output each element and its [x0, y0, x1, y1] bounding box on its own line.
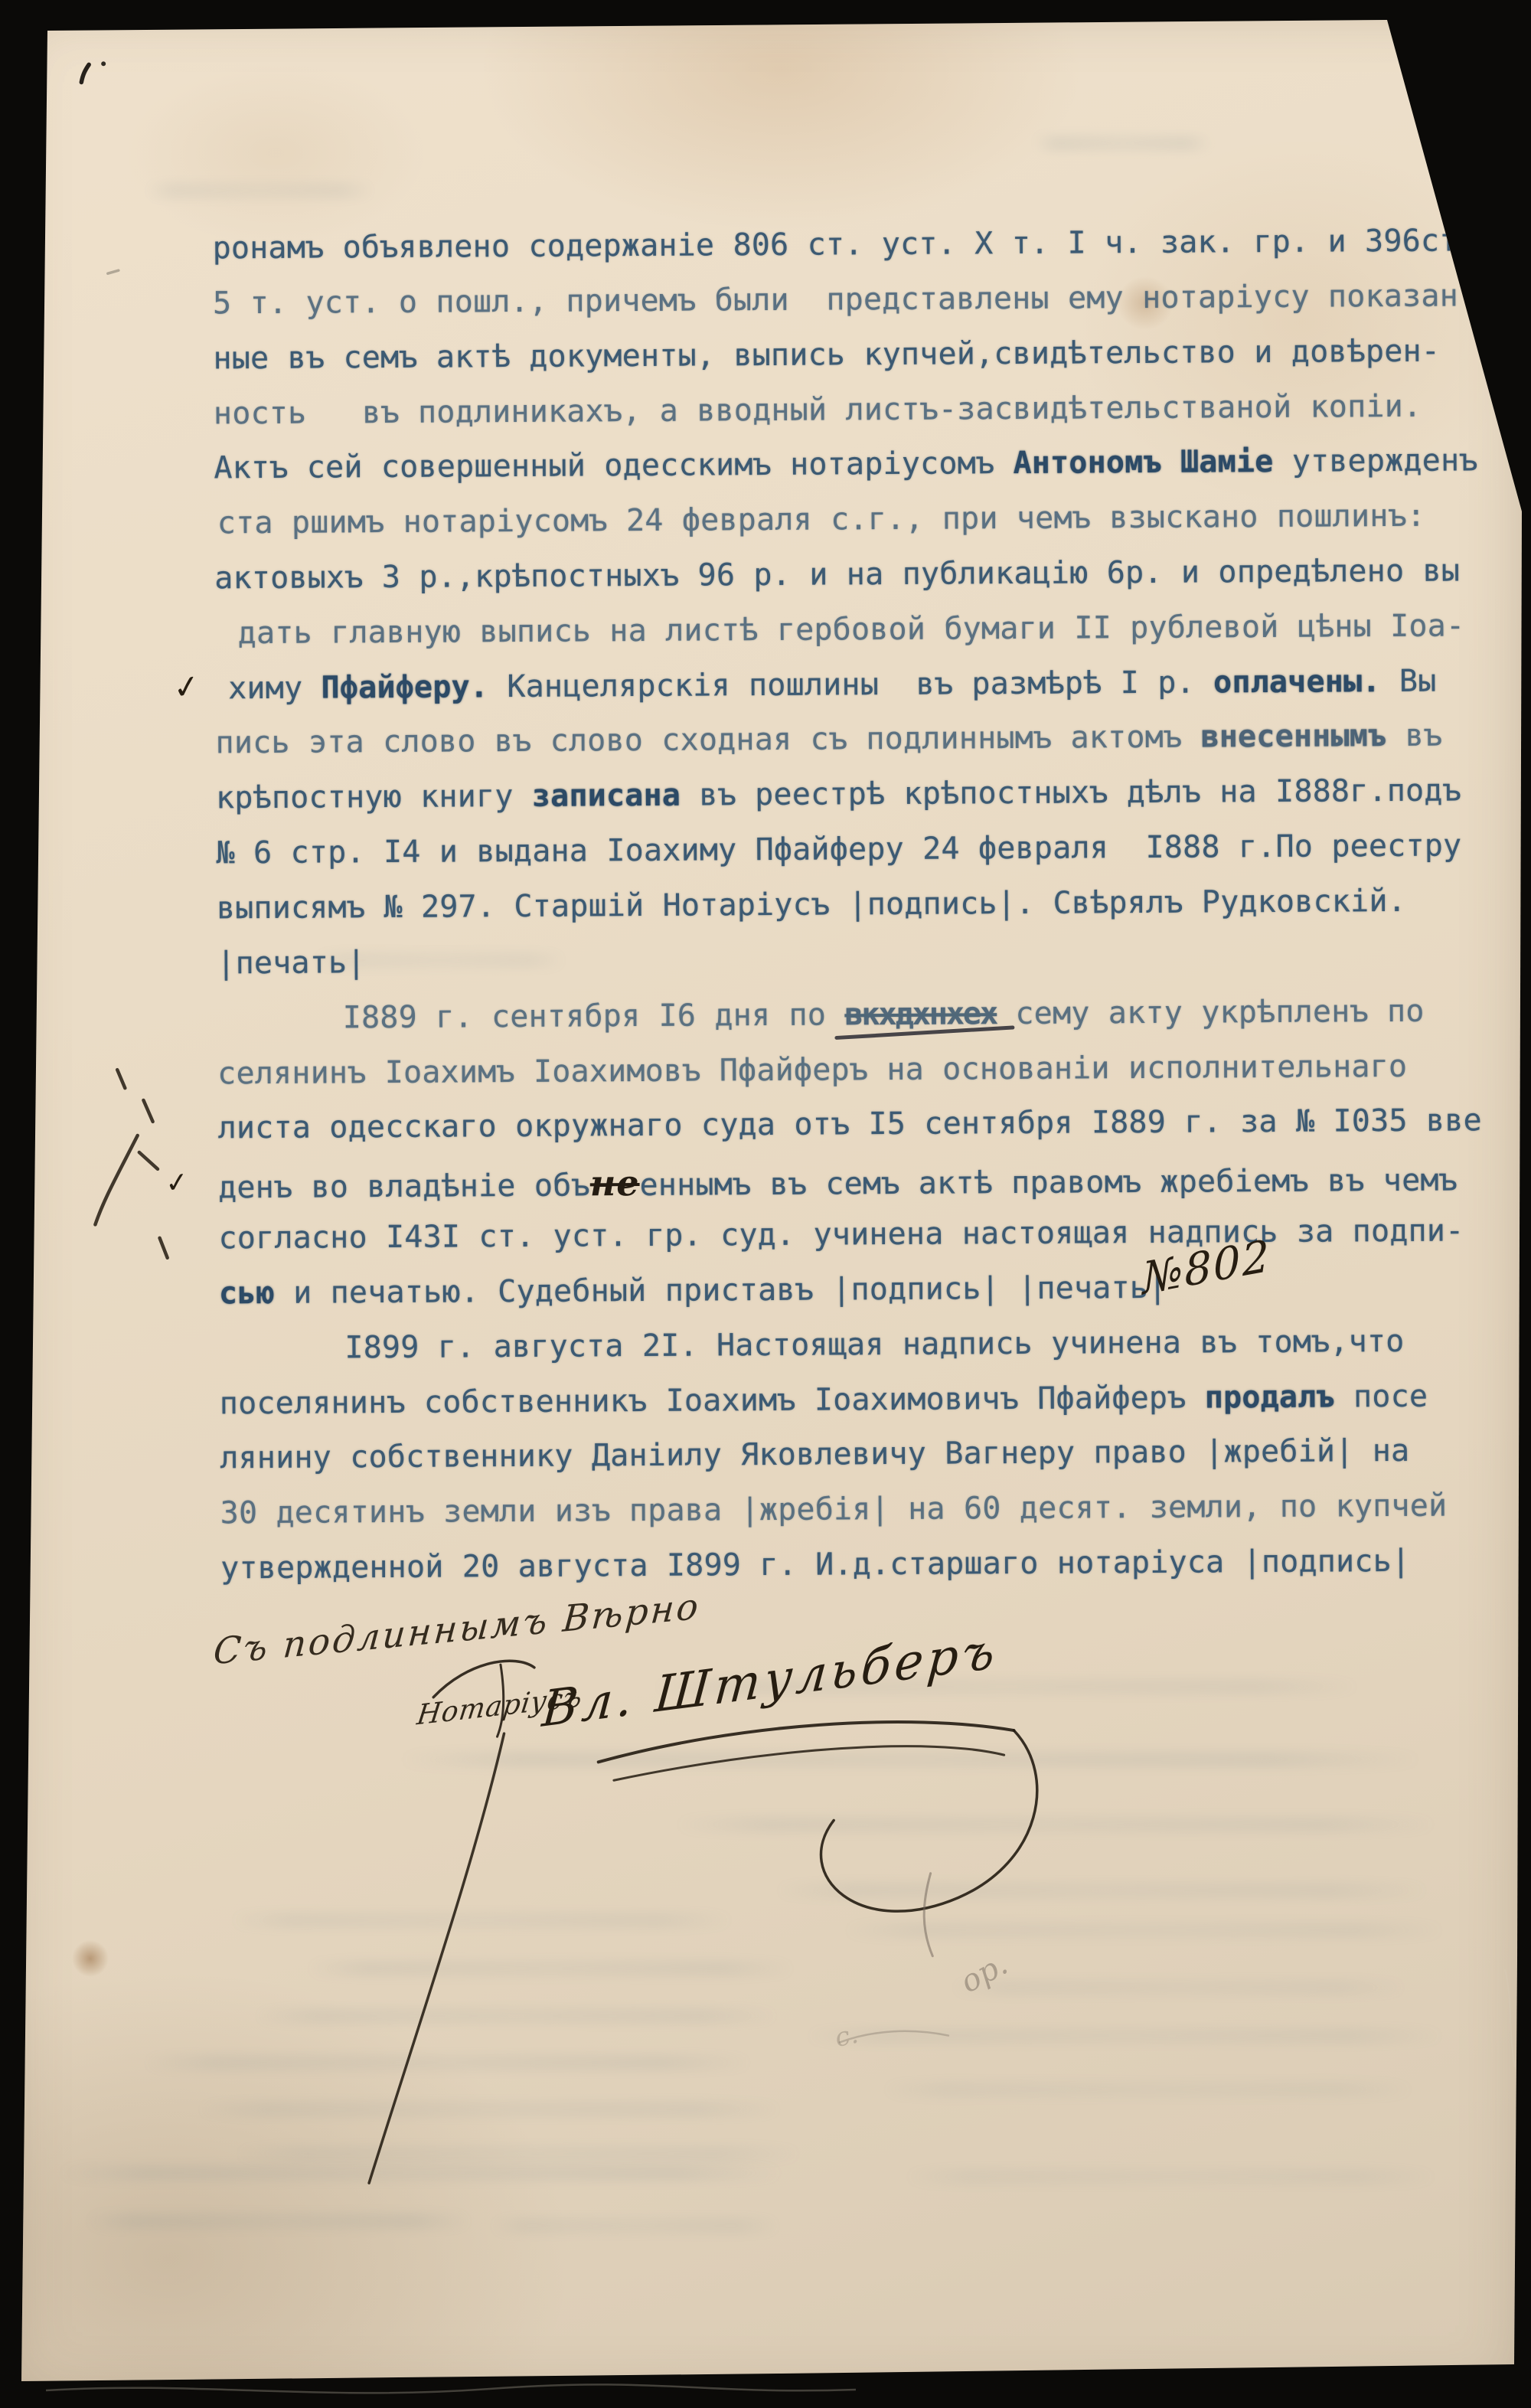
handwriting-layer: Съ подлиннымъ Вѣрно Нотаріусъ Вл. Штульб…: [0, 0, 1531, 2408]
margin-check-mark-icon: ✓: [164, 1166, 191, 1200]
smudge-dash: [108, 270, 119, 273]
photo-background: ронамъ объявлено содержаніе 806 ст. уст.…: [0, 0, 1531, 2408]
ink-dot-icon: [101, 61, 106, 66]
signature-name: Вл. Штульберъ: [540, 1622, 1001, 1739]
attestation-handwritten: Съ подлиннымъ Вѣрно: [212, 1585, 702, 1673]
pencil-scribble: с.: [832, 2019, 861, 2053]
document-page: ронамъ объявлено содержаніе 806 ст. уст.…: [0, 0, 1531, 2408]
pencil-scribble: ор.: [955, 1946, 1014, 2000]
registry-number-handwritten: №802: [1141, 1230, 1272, 1305]
margin-scribble-icon: [94, 1070, 168, 1259]
signature-flourish-strokes: [0, 0, 1531, 2408]
ink-tick-icon: [81, 64, 89, 82]
pencil-squiggle: [924, 1874, 932, 1956]
page-content-tilt: ронамъ объявлено содержаніе 806 ст. уст.…: [0, 0, 1531, 2408]
margin-check-mark-icon: ✓: [171, 666, 203, 707]
